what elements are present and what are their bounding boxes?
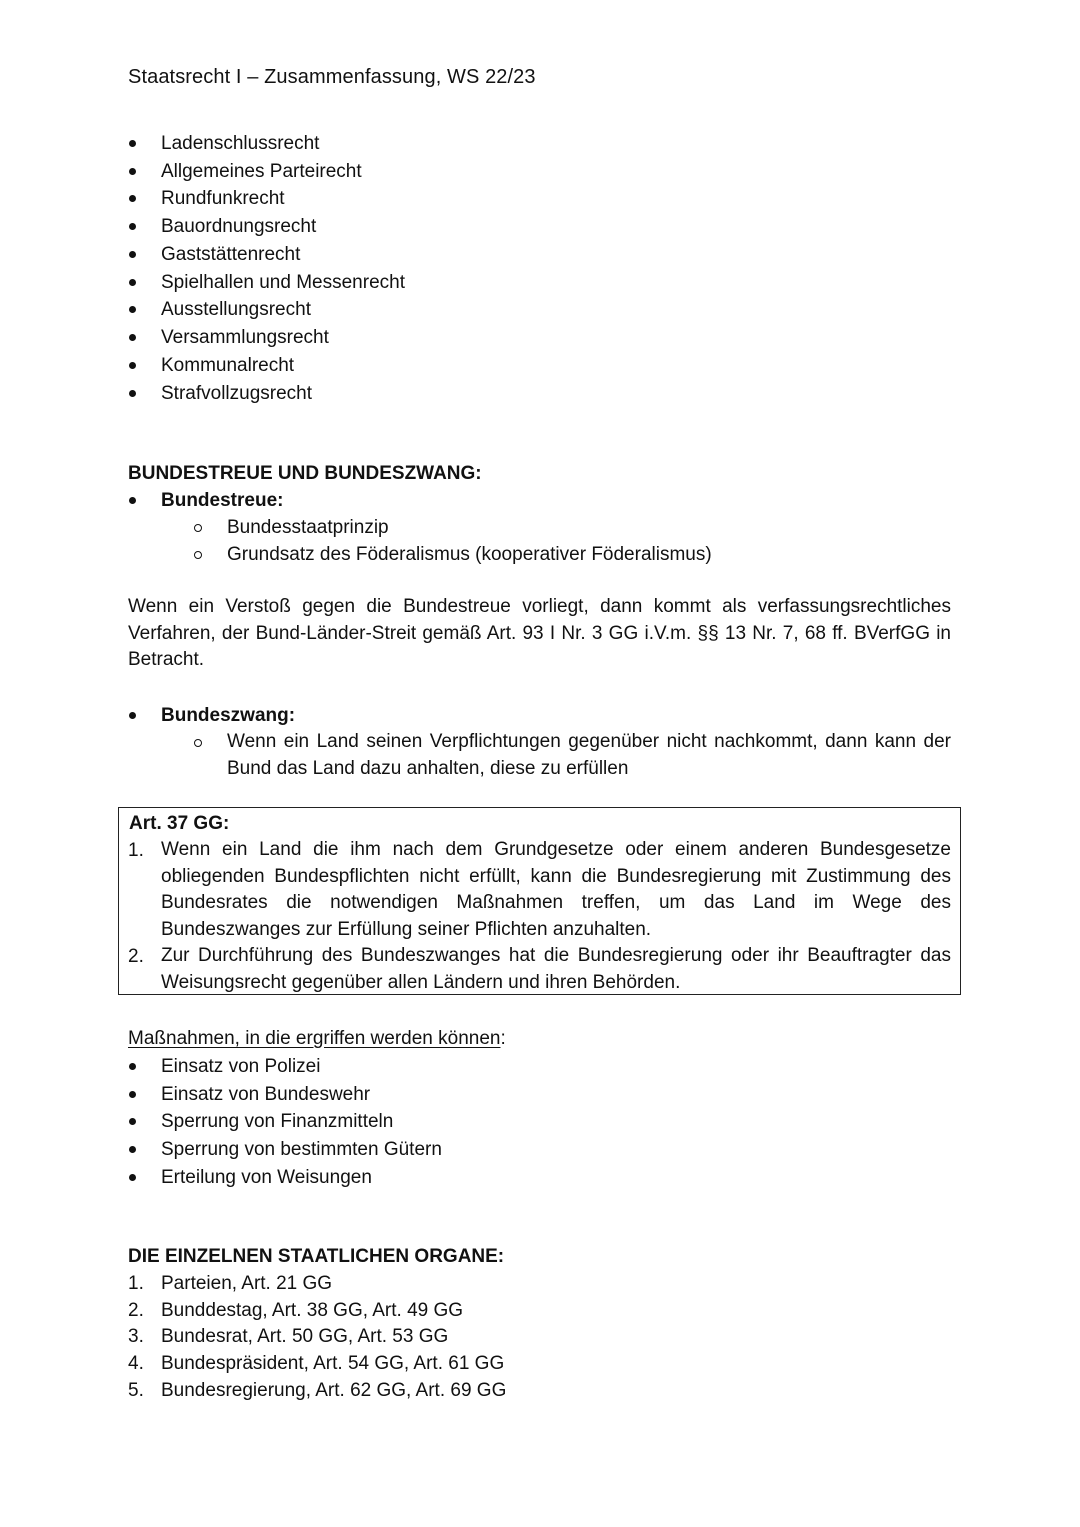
organ-number: 2. <box>128 1297 144 1324</box>
organ-number: 5. <box>128 1377 144 1404</box>
bullet-icon <box>128 1164 140 1191</box>
art37-item-number: 2. <box>128 943 144 970</box>
bullet-icon <box>128 702 140 729</box>
list-item: Sperrung von bestimmten Gütern <box>161 1136 442 1163</box>
measures-heading-colon: : <box>501 1028 506 1049</box>
list-item: Kommunalrecht <box>161 352 294 379</box>
circle-bullet-icon <box>194 514 206 541</box>
bullet-icon <box>128 487 140 514</box>
bullet-icon <box>128 352 140 379</box>
bullet-icon <box>128 1081 140 1108</box>
art37-item-text: Wenn ein Land die ihm nach dem Grundgese… <box>161 837 951 943</box>
section-heading-bundestreue: BUNDESTREUE UND BUNDESZWANG: <box>128 460 482 487</box>
bullet-icon <box>128 324 140 351</box>
section-heading-organs: DIE EINZELNEN STAATLICHEN ORGANE: <box>128 1243 504 1270</box>
bullet-icon <box>128 380 140 407</box>
bullet-icon <box>128 130 140 157</box>
document-header: Staatsrecht I – Zusammenfassung, WS 22/2… <box>128 66 536 89</box>
list-item: Strafvollzugsrecht <box>161 380 312 407</box>
organ-item: Bundesrat, Art. 50 GG, Art. 53 GG <box>161 1323 448 1350</box>
organ-item: Parteien, Art. 21 GG <box>161 1270 332 1297</box>
bundestreue-paragraph: Wenn ein Verstoß gegen die Bundestreue v… <box>128 594 951 674</box>
measures-heading: Maßnahmen, in die ergriffen werden könne… <box>128 1025 506 1052</box>
bullet-icon <box>128 185 140 212</box>
bullet-icon <box>128 241 140 268</box>
measures-heading-text: Maßnahmen, in die ergriffen werden könne… <box>128 1028 501 1049</box>
bullet-icon <box>128 269 140 296</box>
list-item: Allgemeines Parteirecht <box>161 158 362 185</box>
list-item: Spielhallen und Messenrecht <box>161 269 405 296</box>
list-item: Gaststättenrecht <box>161 241 300 268</box>
list-item: Ladenschlussrecht <box>161 130 319 157</box>
bundestreue-label: Bundestreue: <box>161 487 283 514</box>
bullet-icon <box>128 296 140 323</box>
sub-list-item: Bundesstaatprinzip <box>227 514 389 541</box>
list-item: Erteilung von Weisungen <box>161 1164 372 1191</box>
bullet-icon <box>128 1053 140 1080</box>
list-item: Einsatz von Polizei <box>161 1053 320 1080</box>
list-item: Versammlungsrecht <box>161 324 329 351</box>
bundeszwang-label: Bundeszwang: <box>161 702 295 729</box>
organ-number: 1. <box>128 1270 144 1297</box>
bullet-icon <box>128 213 140 240</box>
sub-list-item: Wenn ein Land seinen Verpflichtungen geg… <box>227 729 951 782</box>
list-item: Rundfunkrecht <box>161 185 285 212</box>
circle-bullet-icon <box>194 729 206 756</box>
organ-item: Bunddestag, Art. 38 GG, Art. 49 GG <box>161 1297 463 1324</box>
organ-item: Bundesregierung, Art. 62 GG, Art. 69 GG <box>161 1377 506 1404</box>
document-page: Staatsrecht I – Zusammenfassung, WS 22/2… <box>0 0 1080 1527</box>
organ-item: Bundespräsident, Art. 54 GG, Art. 61 GG <box>161 1350 504 1377</box>
organ-number: 3. <box>128 1323 144 1350</box>
art37-title: Art. 37 GG: <box>129 810 229 837</box>
list-item: Ausstellungsrecht <box>161 296 311 323</box>
sub-list-item: Grundsatz des Föderalismus (kooperativer… <box>227 541 712 568</box>
art37-item-text: Zur Durchführung des Bundeszwanges hat d… <box>161 943 951 996</box>
bullet-icon <box>128 1108 140 1135</box>
list-item: Einsatz von Bundeswehr <box>161 1081 370 1108</box>
list-item: Sperrung von Finanzmitteln <box>161 1108 393 1135</box>
bullet-icon <box>128 158 140 185</box>
circle-bullet-icon <box>194 541 206 568</box>
bullet-icon <box>128 1136 140 1163</box>
list-item: Bauordnungsrecht <box>161 213 316 240</box>
organ-number: 4. <box>128 1350 144 1377</box>
art37-item-number: 1. <box>128 837 144 864</box>
